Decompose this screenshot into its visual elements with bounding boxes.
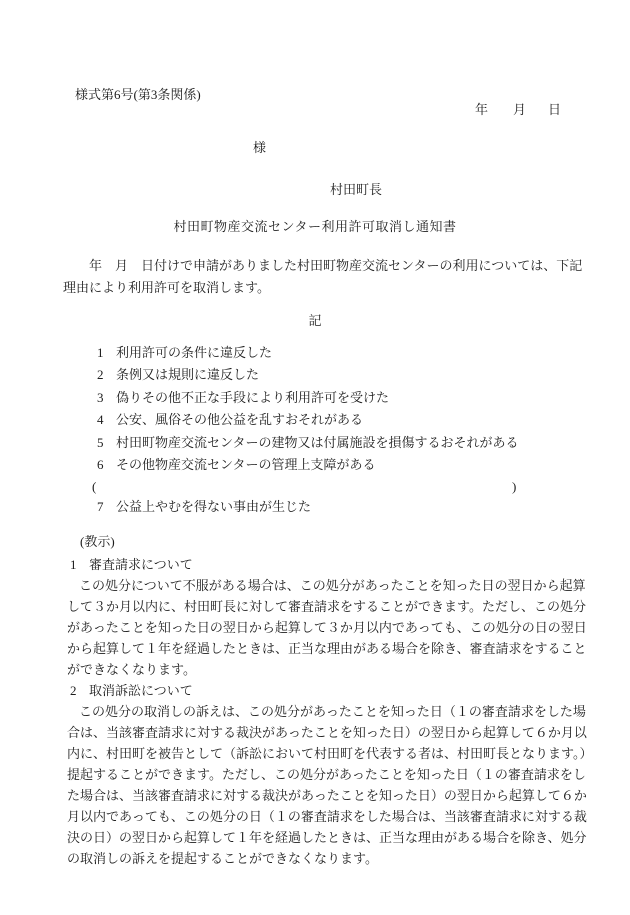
text-line: 内に、村田町を被告として（訴訟において村田町を代表する者は、村田町長となります。…	[67, 743, 569, 764]
reasons-list: 1利用許可の条件に違反した 2条例又は規則に違反した 3偽りその他不正な手段によ…	[63, 342, 568, 477]
text-line: があったことを知った日の翌日から起算して３か月以内であっても、この処分の日の翌日	[67, 617, 569, 638]
reasons-block: 1利用許可の条件に違反した 2条例又は規則に違反した 3偽りその他不正な手段によ…	[63, 342, 568, 519]
reason-number: 3	[97, 387, 116, 410]
reason-number: 4	[97, 409, 116, 432]
text-line: この処分の取消しの訴えは、この処分があったことを知った日（１の審査請求をした場	[67, 701, 569, 722]
revocation-suit-section: 2取消訴訟について この処分の取消しの訴えは、この処分があったことを知った日（１…	[63, 680, 569, 869]
appeal-request-heading: 1審査請求について	[63, 554, 569, 575]
reason-item-last: 7公益上やむを得ない事由が生じた	[63, 496, 568, 519]
reason-text: 公安、風俗その他公益を乱すおそれがある	[116, 412, 363, 427]
appeal-request-number: 1	[70, 554, 89, 575]
kyoji-label: (教示)	[80, 531, 115, 552]
body-line: 理由により利用許可を取消します。	[63, 277, 568, 299]
reason-text: その他物産交流センターの管理上支障がある	[116, 457, 375, 472]
reason-number: 6	[97, 454, 116, 477]
text-line: 決の日）の翌日から起算して１年を経過したときは、正当な理由がある場合を除き、処分	[67, 827, 569, 848]
reason-text: 偽りその他不正な手段により利用許可を受けた	[116, 390, 389, 405]
text-line: 提起することができます。ただし、この処分があったことを知った日（１の審査請求をし	[67, 764, 569, 785]
reason-item: 1利用許可の条件に違反した	[63, 342, 568, 365]
date-line: 年 月 日	[475, 99, 561, 120]
text-line: 合は、当該審査請求に対する裁決があったことを知った日）の翌日から起算して６か月以	[67, 722, 569, 743]
reason-fill-in-row: ( )	[63, 477, 568, 496]
form-number-label: 様式第6号(第3条関係)	[75, 84, 201, 105]
year-label: 年	[475, 99, 488, 120]
reason-number: 2	[97, 364, 116, 387]
reason-item: 3偽りその他不正な手段により利用許可を受けた	[63, 387, 568, 410]
revocation-suit-title: 取消訴訟について	[89, 683, 193, 698]
text-line: 月以内であっても、この処分の日（１の審査請求をした場合は、当該審査請求に対する裁	[67, 806, 569, 827]
text-line: ができなくなります。	[67, 659, 569, 680]
reason-text: 村田町物産交流センターの建物又は付属施設を損傷するおそれがある	[116, 435, 518, 450]
reason-number: 7	[97, 496, 116, 519]
recipient-honorific: 様	[253, 137, 266, 158]
revocation-suit-number: 2	[70, 680, 89, 701]
reason-number: 5	[97, 432, 116, 455]
appeal-request-section: 1審査請求について この処分について不服がある場合は、この処分があったことを知っ…	[63, 554, 569, 680]
text-line: た場合は、当該審査請求に対する裁決があったことを知った日）の翌日から起算して６か	[67, 785, 569, 806]
day-label: 日	[548, 99, 561, 120]
document-title: 村田町物産交流センター利用許可取消し通知書	[0, 216, 630, 237]
reason-number: 1	[97, 342, 116, 365]
reason-text: 条例又は規則に違反した	[116, 367, 259, 382]
text-line: して３か月以内に、村田町長に対して審査請求をすることができます。ただし、この処分	[67, 596, 569, 617]
open-paren: (	[92, 479, 96, 494]
revocation-suit-heading: 2取消訴訟について	[63, 680, 569, 701]
text-line: の取消しの訴えを提起することができなくなります。	[67, 848, 569, 869]
appeal-request-title: 審査請求について	[89, 557, 193, 572]
reason-item: 5村田町物産交流センターの建物又は付属施設を損傷するおそれがある	[63, 432, 568, 455]
body-paragraph: 年 月 日付けで申請がありました村田町物産交流センターの利用については、下記 理…	[63, 255, 568, 299]
body-line: 年 月 日付けで申請がありました村田町物産交流センターの利用については、下記	[63, 255, 568, 277]
sender-title: 村田町長	[330, 179, 382, 200]
record-heading: 記	[0, 310, 630, 331]
text-line: から起算して１年を経過したときは、正当な理由がある場合を除き、審査請求をすること	[67, 638, 569, 659]
appeal-request-body: この処分について不服がある場合は、この処分があったことを知った日の翌日から起算 …	[67, 575, 569, 680]
reason-item: 4公安、風俗その他公益を乱すおそれがある	[63, 409, 568, 432]
reason-text: 公益上やむを得ない事由が生じた	[116, 499, 311, 514]
revocation-suit-body: この処分の取消しの訴えは、この処分があったことを知った日（１の審査請求をした場 …	[67, 701, 569, 869]
close-paren: )	[512, 477, 516, 496]
month-label: 月	[513, 99, 526, 120]
text-line: この処分について不服がある場合は、この処分があったことを知った日の翌日から起算	[67, 575, 569, 596]
reason-text: 利用許可の条件に違反した	[116, 345, 272, 360]
reason-item: 6その他物産交流センターの管理上支障がある	[63, 454, 568, 477]
reason-item: 2条例又は規則に違反した	[63, 364, 568, 387]
document-page: 様式第6号(第3条関係) 年 月 日 様 村田町長 村田町物産交流センター利用許…	[0, 0, 630, 915]
